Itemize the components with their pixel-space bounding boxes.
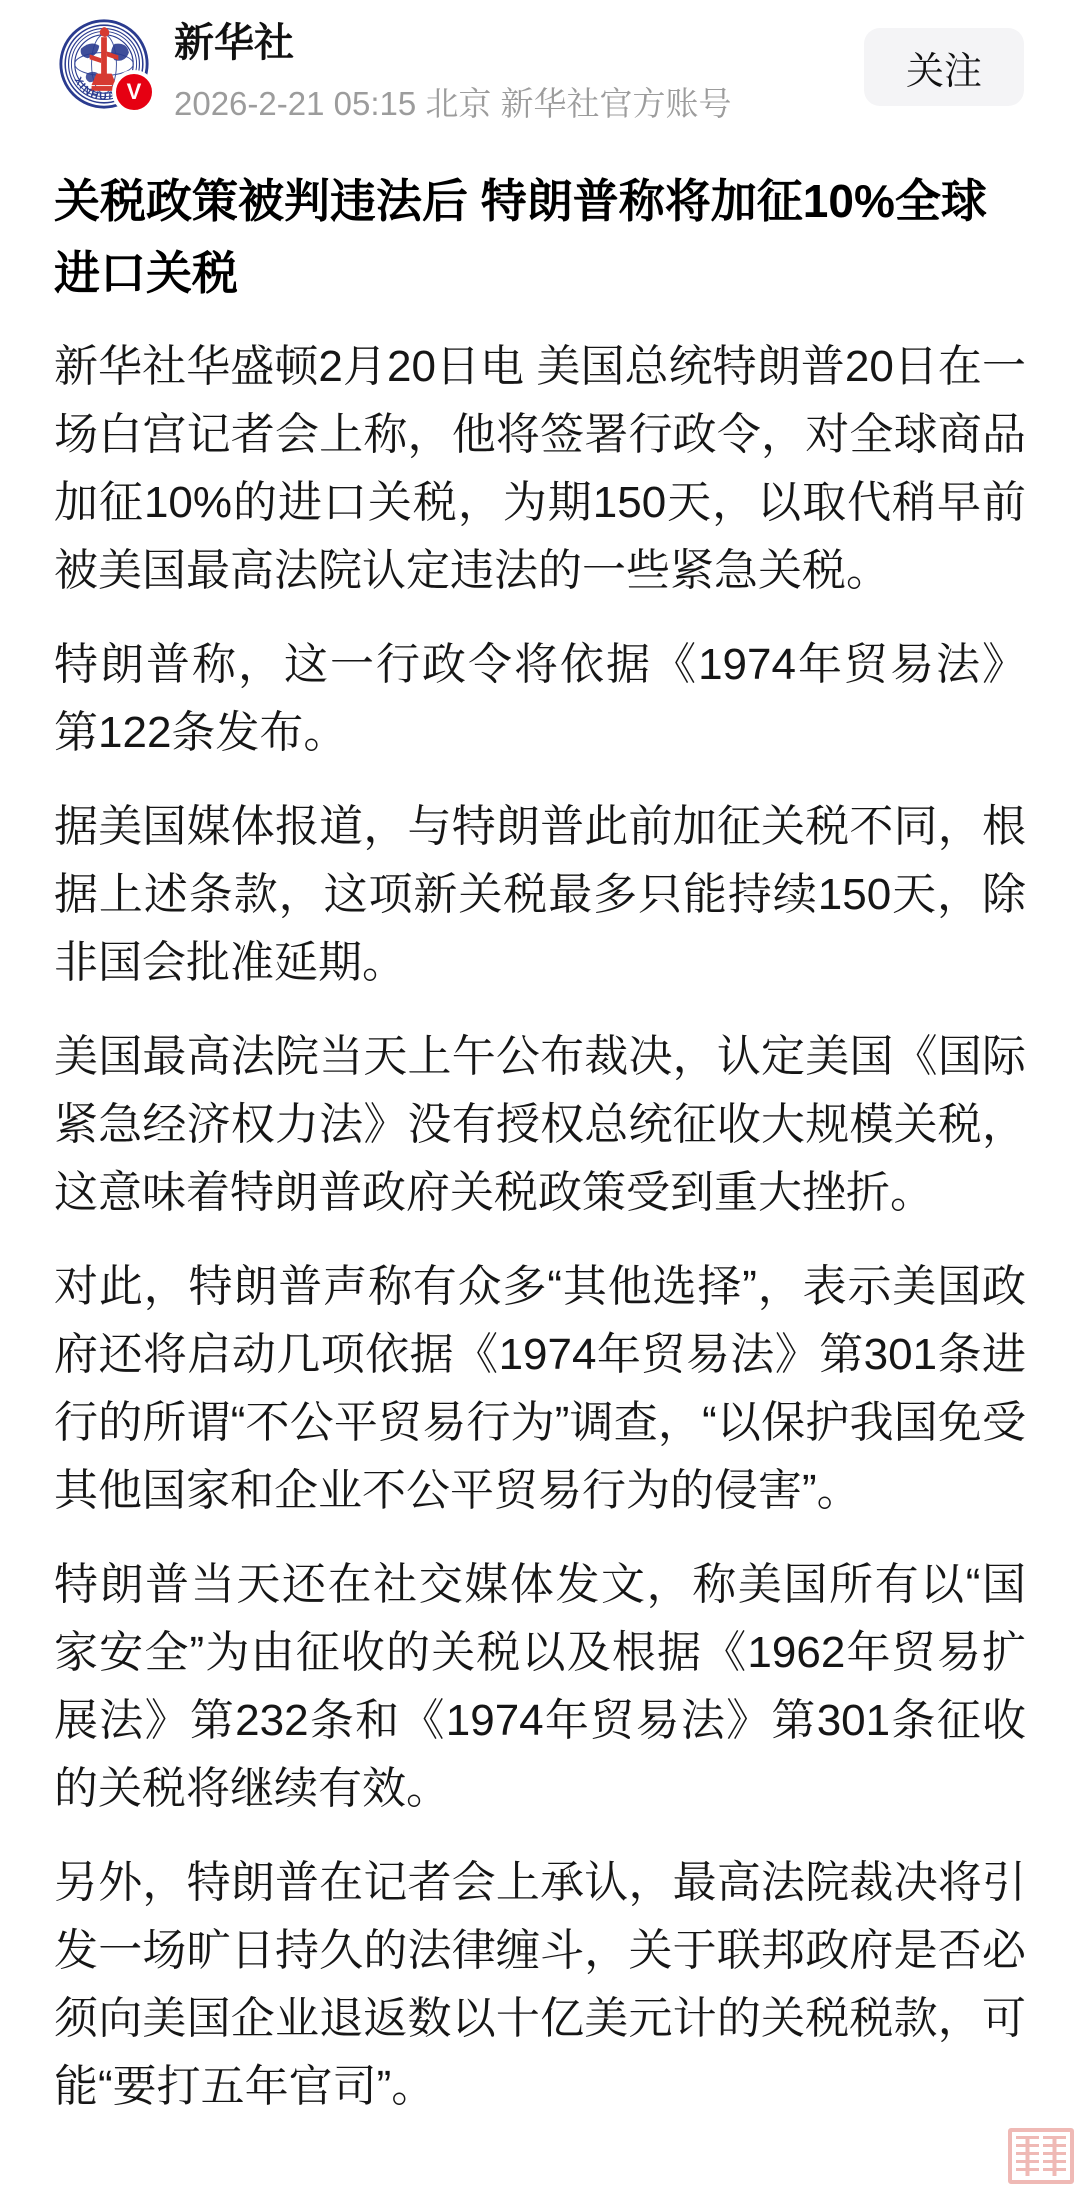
verified-badge-icon: V [112,70,156,114]
publisher-info: 新华社 2026-2-21 05:15 北京 新华社官方账号 [174,18,864,125]
article-paragraph: 对此，特朗普声称有众多“其他选择”，表示美国政府还将启动几项依据《1974年贸易… [54,1253,1026,1525]
publisher-header: XINHUA V 新华社 2026-2-21 05:15 北京 新华社官方账号 … [0,0,1080,125]
article-body: 关税政策被判违法后 特朗普称将加征10%全球进口关税 新华社华盛顿2月20日电 … [0,165,1080,2121]
article-paragraph: 特朗普当天还在社交媒体发文，称美国所有以“国家安全”为由征收的关税以及根据《19… [54,1551,1026,1823]
article-paragraph: 另外，特朗普在记者会上承认，最高法院裁决将引发一场旷日持久的法律缠斗，关于联邦政… [54,1849,1026,2121]
follow-button[interactable]: 关注 [864,28,1024,106]
article-paragraph: 美国最高法院当天上午公布裁决，认定美国《国际紧急经济权力法》没有授权总统征收大规… [54,1023,1026,1227]
article-paragraph: 特朗普称，这一行政令将依据《1974年贸易法》第122条发布。 [54,631,1026,767]
publisher-avatar[interactable]: XINHUA V [58,18,150,110]
publisher-name[interactable]: 新华社 [174,20,864,66]
article-title: 关税政策被判违法后 特朗普称将加征10%全球进口关税 [54,165,1026,309]
publish-meta: 2026-2-21 05:15 北京 新华社官方账号 [174,78,864,125]
article-paragraph: 新华社华盛顿2月20日电 美国总统特朗普20日在一场白宫记者会上称，他将签署行政… [54,333,1026,605]
seal-glyph [1043,2136,1066,2176]
article-paragraph: 据美国媒体报道，与特朗普此前加征关税不同，根据上述条款，这项新关税最多只能持续1… [54,793,1026,997]
watermark-seal [1008,2128,1074,2184]
seal-glyph [1016,2136,1039,2176]
